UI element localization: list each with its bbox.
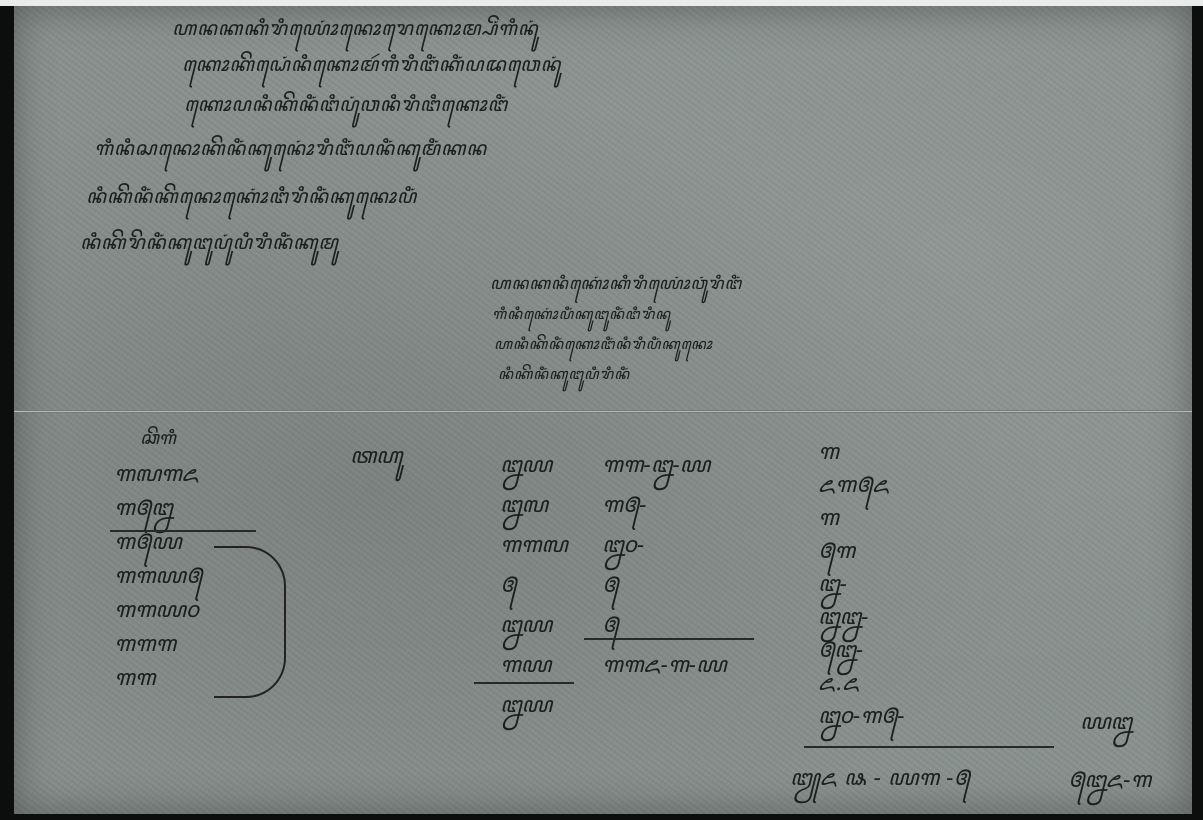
tally-value: ꧒꧙ <box>500 606 568 646</box>
sum-rule <box>804 746 1054 748</box>
tally-value: ꧒꧐- <box>602 526 726 566</box>
margin-note: ꧙꧒ <box>1080 706 1132 740</box>
tally-value: ꧑꧕꧒ <box>114 492 202 526</box>
sum-rule <box>474 682 574 684</box>
text-line: ꦒꦶꦤꦶꦏꦺꦴꦁꦥꦶꦁꦏꦸꦔꦸꦤꦶꦁꦔꦶꦫꦶꦤꦸ <box>492 302 671 333</box>
tally-value: ꧒꧙ <box>500 446 568 486</box>
tally-value: ꧑꧗꧑꧖ <box>114 458 202 492</box>
text-line: ꦤꦶꦏꦼꦤꦶꦁꦏꦼꦤꦺꦴꦏꦺꦴꦁꦔꦶꦫꦶꦤꦶꦁꦏꦸꦤꦺꦴꦥꦶꦁ <box>86 182 417 222</box>
tally-column-c: ꧑ ꧖꧑꧕꧖ ꧑ ꧕꧑ ꧒- ꧒꧒- ꧕꧒- ꧖.꧖ ꧒꧐-꧑꧕- <box>818 436 905 733</box>
tally-value: ꧑꧑꧗ <box>500 526 568 566</box>
tally-value: ꧖.꧖ <box>818 667 905 700</box>
bracket-mark <box>214 546 286 698</box>
text-line: ꦲꦤꦏꦏꦶꦫꦶꦪꦺꦴꦁꦤꦺꦴꦫꦺꦏꦺꦴꦩ꧀ꦥꦼꦁꦒꦶꦤꦸꦁ <box>172 14 538 54</box>
tally-value: ꧒꧒- <box>818 601 905 634</box>
sum-rule <box>110 530 256 532</box>
tally-value: ꧑ <box>818 436 905 469</box>
tally-value: ꧕ <box>602 606 726 646</box>
tally-value: ꧑꧕- <box>602 486 726 526</box>
text-line: ꦏꦺꦴꦏꦼꦝꦺꦁꦤꦶꦏꦺꦴꦩꦂꦒꦶꦫꦶꦔꦶꦁꦏꦶꦁꦥꦢꦮꦺꦤꦸꦁ <box>182 50 561 90</box>
tally-column-left: ꧑꧗꧑꧖ ꧑꧕꧒ ꧑꧕꧙ ꧑꧑꧙꧕ ꧑꧑꧙꧐ ꧑꧑꧑ ꧑꧑ <box>114 458 202 696</box>
margin-note: ꧕꧒꧖-꧑ <box>1068 764 1151 798</box>
tally-value: ꧑ <box>818 502 905 535</box>
tally-value: ꧑꧙ <box>500 646 568 686</box>
text-line: ꦲꦤꦶꦏꦼꦤꦶꦁꦏꦺꦴꦔꦶꦁꦤꦶꦫꦶꦥꦶꦁꦏꦸꦤꦺꦴ <box>494 332 713 363</box>
text-line: ꦲꦤꦏꦤꦶꦏꦺꦴꦁꦏꦶꦫꦶꦪꦺꦴꦁꦮꦸꦁꦫꦶꦔꦶꦁ <box>490 270 742 305</box>
tally-value: ꧑꧑꧑ <box>114 628 202 662</box>
tally-value: ꧖꧑꧕꧖ <box>818 469 905 502</box>
tally-value: ꧑꧑ <box>114 662 202 696</box>
tally-value: ꧕꧒- <box>818 634 905 667</box>
tally-value: ꧕ <box>500 566 568 606</box>
tally-header: ꦕꦼꦒꦶ <box>140 422 176 456</box>
tally-column-b: ꧑꧑-꧒-꧙ ꧑꧕- ꧒꧐- ꧕ ꧕ ꧑꧑꧖-꧑-꧙ <box>602 446 726 686</box>
sum-rule <box>584 638 754 640</box>
tally-value: ꧑꧑꧙꧕ <box>114 560 202 594</box>
label-word: ꦠꦲꦸ <box>350 440 402 474</box>
grand-total: ꧓꧖ ꧘ - ꧙꧑ -꧕ <box>790 762 970 796</box>
tally-column-a: ꧒꧙ ꧒꧗ ꧑꧑꧗ ꧕ ꧒꧙ ꧑꧙ ꧒꧙ <box>500 446 568 726</box>
tally-value: ꧒- <box>818 568 905 601</box>
tally-value: ꧑꧑꧖-꧑-꧙ <box>602 646 726 686</box>
manuscript-sheet: ꦲꦤꦏꦏꦶꦫꦶꦪꦺꦴꦁꦤꦺꦴꦫꦺꦏꦺꦴꦩ꧀ꦥꦼꦁꦒꦶꦤꦸꦁ ꦏꦺꦴꦏꦼꦝꦺꦁꦤꦶ… <box>14 6 1192 814</box>
tally-value: ꧒꧐-꧑꧕- <box>818 700 905 733</box>
tally-value: ꧑꧑-꧒-꧙ <box>602 446 726 486</box>
tally-value: ꧒꧙ <box>500 686 568 726</box>
text-line: ꦤꦶꦏꦼꦤꦶꦁꦏꦸꦔꦸꦥꦶꦫꦶꦤꦶꦁ <box>498 362 630 393</box>
text-line: ꦏꦺꦴꦥꦤꦶꦏꦼꦤꦶꦁꦔꦶꦥꦸꦁꦮꦤꦶꦫꦶꦔꦶꦏꦺꦴꦔꦶꦁ <box>184 90 508 130</box>
text-line: ꦒꦶꦤꦶꦱꦤꦺꦴꦏꦼꦤꦶꦁꦏꦸꦤꦺꦴꦁꦫꦶꦔꦶꦁꦥꦤꦶꦁꦏꦸꦩꦶꦁꦏꦤ <box>94 134 487 174</box>
fold-crease <box>14 410 1192 413</box>
tally-value: ꧒꧗ <box>500 486 568 526</box>
text-line: ꦤꦶꦏꦼꦫꦼꦤꦶꦁꦏꦸꦔꦸꦥꦸꦁꦥꦶꦫꦶꦤꦶꦁꦏꦸꦩꦸ <box>80 228 339 268</box>
tally-value: ꧑꧑꧙꧐ <box>114 594 202 628</box>
tally-value: ꧕ <box>602 566 726 606</box>
tally-value: ꧕꧑ <box>818 535 905 568</box>
